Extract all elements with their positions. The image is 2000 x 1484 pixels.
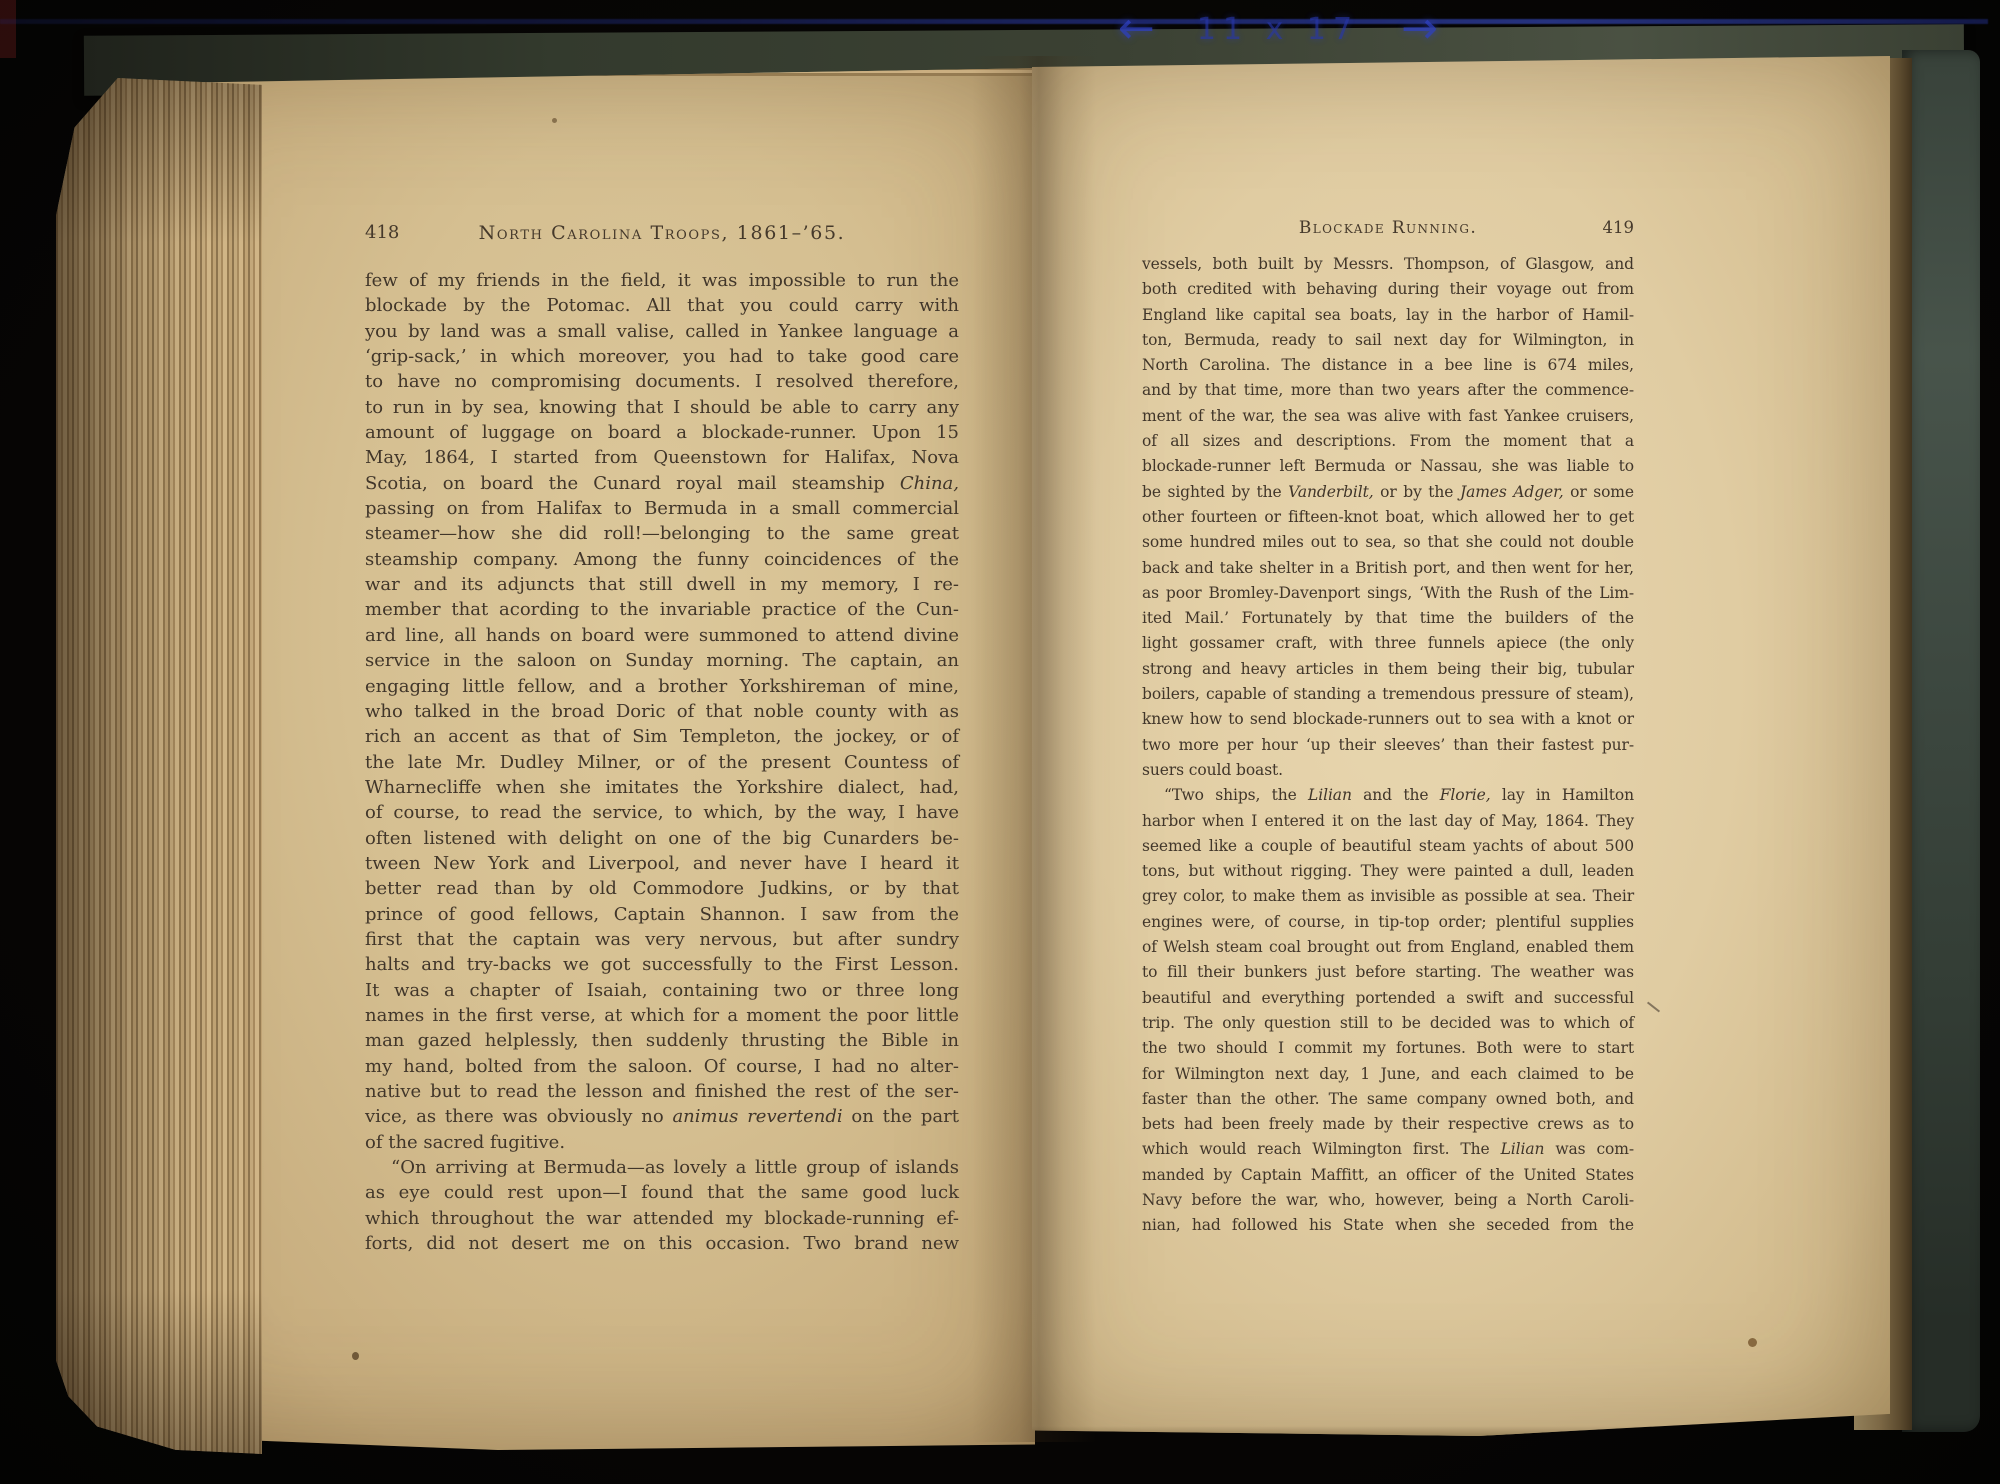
text-line: trip. The only question still to be deci… — [1142, 1011, 1634, 1036]
text-line: “On arriving at Bermuda—as lovely a litt… — [365, 1155, 959, 1180]
text-line: the late Mr. Dudley Milner, or of the pr… — [365, 750, 959, 775]
left-page-number: 418 — [365, 222, 399, 243]
text-line: steamship company. Among the funny coinc… — [365, 547, 959, 572]
text-line: be sighted by the Vanderbilt, or by the … — [1142, 480, 1634, 505]
text-line: It was a chapter of Isaiah, containing t… — [365, 978, 959, 1003]
text-line: ited Mail.’ Fortunately by that time the… — [1142, 606, 1634, 631]
text-line: rich an accent as that of Sim Templeton,… — [365, 724, 959, 749]
text-line: Wharnecliffe when she imitates the Yorks… — [365, 775, 959, 800]
text-line: forts, did not desert me on this occasio… — [365, 1231, 959, 1256]
text-line: prince of good fellows, Captain Shannon.… — [365, 902, 959, 927]
text-line: back and take shelter in a British port,… — [1142, 556, 1634, 581]
text-line: of all sizes and descriptions. From the … — [1142, 429, 1634, 454]
text-line: of course, to read the service, to which… — [365, 800, 959, 825]
text-line: passing on from Halifax to Bermuda in a … — [365, 496, 959, 521]
text-line: “Two ships, the Lilian and the Florie, l… — [1142, 783, 1634, 808]
text-line: vice, as there was obviously no animus r… — [365, 1104, 959, 1129]
text-line: two more per hour ‘up their sleeves’ tha… — [1142, 733, 1634, 758]
text-line: as eye could rest upon—I found that the … — [365, 1180, 959, 1205]
text-line: tons, but without rigging. They were pai… — [1142, 859, 1634, 884]
text-line: seemed like a couple of beautiful steam … — [1142, 834, 1634, 859]
left-page-body: few of my friends in the field, it was i… — [365, 268, 959, 1256]
text-line: as poor Bromley-Davenport sings, ‘With t… — [1142, 581, 1634, 606]
text-line: May, 1864, I started from Queenstown for… — [365, 445, 959, 470]
left-running-title: North Carolina Troops, 1861–’65. — [365, 222, 959, 244]
text-line: my hand, bolted from the saloon. Of cour… — [365, 1054, 959, 1079]
text-line: vessels, both built by Messrs. Thompson,… — [1142, 252, 1634, 277]
scanner-size-text: 11 x 17 — [1197, 12, 1359, 47]
book-scan: ← 11 x 17 → 418 North Carolina Troops, 1… — [0, 0, 2000, 1484]
text-line: grey color, to make them as invisible as… — [1142, 884, 1634, 909]
text-line: beautiful and everything portended a swi… — [1142, 986, 1634, 1011]
scanner-guide-line — [0, 19, 1988, 24]
right-page-number: 419 — [1603, 218, 1635, 237]
right-page-body: vessels, both built by Messrs. Thompson,… — [1142, 252, 1634, 1239]
text-line: boilers, capable of standing a tremendou… — [1142, 682, 1634, 707]
text-line: the two should I commit my fortunes. Bot… — [1142, 1036, 1634, 1061]
text-line: tween New York and Liverpool, and never … — [365, 851, 959, 876]
right-arrow-icon: → — [1401, 7, 1438, 51]
text-line: faster than the other. The same company … — [1142, 1087, 1634, 1112]
text-line: Navy before the war, who, however, being… — [1142, 1188, 1634, 1213]
text-line: ment of the war, the sea was alive with … — [1142, 404, 1634, 429]
text-line: blockade-runner left Bermuda or Nassau, … — [1142, 454, 1634, 479]
text-line: blockade by the Potomac. All that you co… — [365, 293, 959, 318]
text-line: light gossamer craft, with three funnels… — [1142, 631, 1634, 656]
text-line: engines were, of course, in tip-top orde… — [1142, 910, 1634, 935]
text-line: of the sacred fugitive. — [365, 1130, 959, 1155]
text-line: some hundred miles out to sea, so that s… — [1142, 530, 1634, 555]
text-line: Scotia, on board the Cunard royal mail s… — [365, 471, 959, 496]
text-line: war and its adjuncts that still dwell in… — [365, 572, 959, 597]
text-line: ‘grip-sack,’ in which moreover, you had … — [365, 344, 959, 369]
text-line: few of my friends in the field, it was i… — [365, 268, 959, 293]
text-line: better read than by old Commodore Judkin… — [365, 876, 959, 901]
text-line: amount of luggage on board a blockade-ru… — [365, 420, 959, 445]
text-line: other fourteen or fifteen-knot boat, whi… — [1142, 505, 1634, 530]
text-line: names in the first verse, at which for a… — [365, 1003, 959, 1028]
text-line: to have no compromising documents. I res… — [365, 369, 959, 394]
text-line: to fill their bunkers just before starti… — [1142, 960, 1634, 985]
right-page-header: Blockade Running. 419 — [1142, 218, 1634, 238]
text-line: both credited with behaving during their… — [1142, 277, 1634, 302]
text-line: service in the saloon on Sunday morning.… — [365, 648, 959, 673]
text-line: and by that time, more than two years af… — [1142, 378, 1634, 403]
text-line: first that the captain was very nervous,… — [365, 927, 959, 952]
text-line: which would reach Wilmington first. The … — [1142, 1137, 1634, 1162]
text-line: harbor when I entered it on the last day… — [1142, 809, 1634, 834]
text-line: halts and try-backs we got successfully … — [365, 952, 959, 977]
book-cover-right-edge — [1902, 50, 1980, 1432]
text-line: man gazed helplessly, then suddenly thru… — [365, 1028, 959, 1053]
text-line: engaging little fellow, and a brother Yo… — [365, 674, 959, 699]
text-line: often listened with delight on one of th… — [365, 826, 959, 851]
text-line: England like capital sea boats, lay in t… — [1142, 303, 1634, 328]
text-line: nian, had followed his State when she se… — [1142, 1213, 1634, 1238]
cradle-corner-mark — [0, 0, 16, 58]
right-running-title: Blockade Running. — [1142, 218, 1634, 238]
text-line: knew how to send blockade-runners out to… — [1142, 707, 1634, 732]
scanner-size-label: ← 11 x 17 → — [1118, 0, 1438, 58]
text-line: you by land was a small valise, called i… — [365, 319, 959, 344]
left-arrow-icon: ← — [1118, 7, 1155, 51]
text-line: member that acording to the invariable p… — [365, 597, 959, 622]
text-line: steamer—how she did roll!—belonging to t… — [365, 521, 959, 546]
text-line: suers could boast. — [1142, 758, 1634, 783]
text-line: ton, Bermuda, ready to sail next day for… — [1142, 328, 1634, 353]
text-line: ard line, all hands on board were summon… — [365, 623, 959, 648]
text-line: who talked in the broad Doric of that no… — [365, 699, 959, 724]
text-line: bets had been freely made by their respe… — [1142, 1112, 1634, 1137]
left-page-header: 418 North Carolina Troops, 1861–’65. — [365, 222, 959, 244]
text-line: native but to read the lesson and finish… — [365, 1079, 959, 1104]
page-stack-shading — [56, 78, 262, 1454]
text-line: for Wilmington next day, 1 June, and eac… — [1142, 1062, 1634, 1087]
text-line: to run in by sea, knowing that I should … — [365, 395, 959, 420]
text-line: strong and heavy articles in them being … — [1142, 657, 1634, 682]
text-line: which throughout the war attended my blo… — [365, 1206, 959, 1231]
text-line: of Welsh steam coal brought out from Eng… — [1142, 935, 1634, 960]
text-line: manded by Captain Maffitt, an officer of… — [1142, 1163, 1634, 1188]
text-line: North Carolina. The distance in a bee li… — [1142, 353, 1634, 378]
